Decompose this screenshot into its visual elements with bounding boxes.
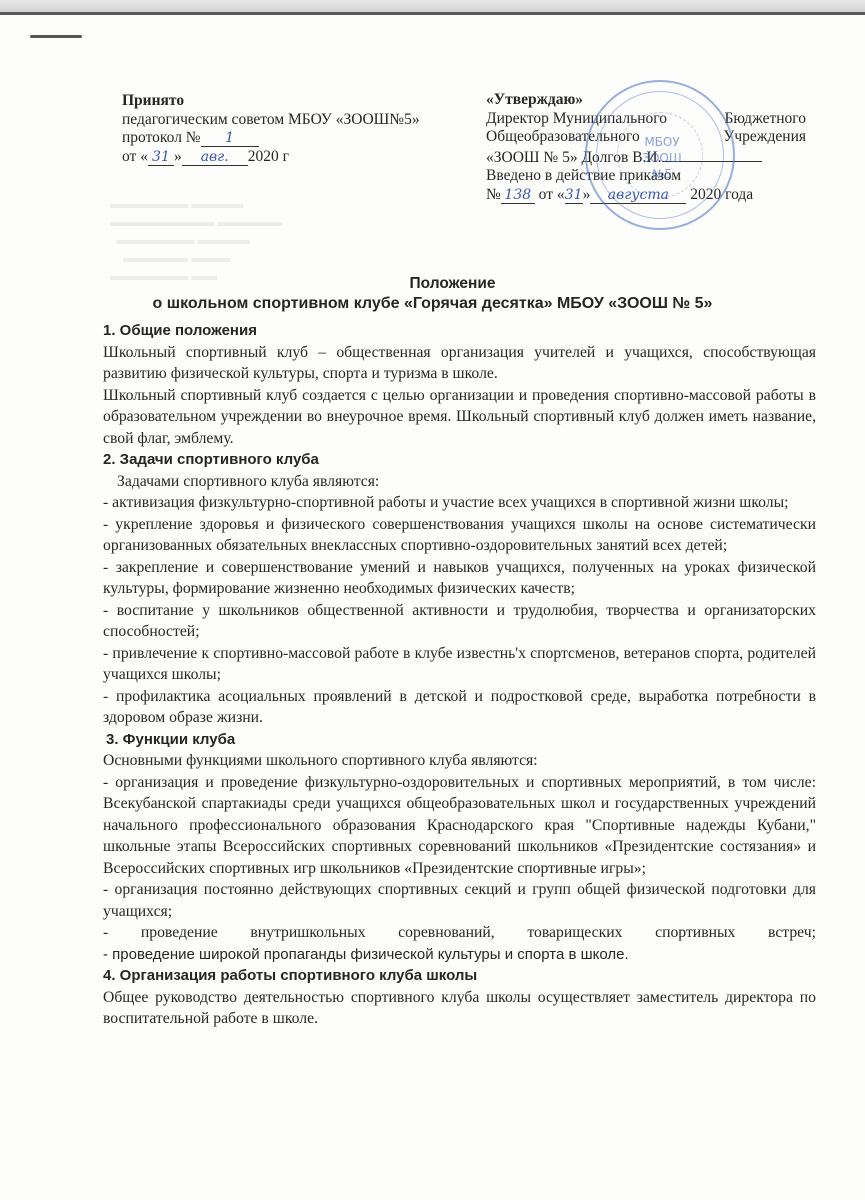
scan-top-edge: [0, 0, 865, 15]
date-day-handwritten: 31: [148, 150, 174, 166]
bleed-through-text: ▬▬▬▬▬▬ ▬▬▬▬▬▬▬▬▬▬▬▬ ▬▬▬▬▬ ▬▬▬▬▬▬ ▬▬▬▬ ▬▬…: [110, 195, 350, 285]
list-item: - закрепление и совершенствование умений…: [103, 557, 816, 600]
approved-block: Принято педагогическим советом МБОУ «ЗОО…: [122, 92, 452, 166]
approved-date: от «31»авг.2020 г: [122, 148, 452, 167]
list-item: - профилактика асоциальных проявлений в …: [103, 686, 816, 729]
section-1-paragraph: Школьный спортивный клуб создается с цел…: [103, 385, 816, 450]
list-item: - проведение внутришкольных соревнований…: [103, 922, 816, 944]
protocol-number-handwritten: 1: [201, 131, 259, 147]
signature-line: [662, 147, 762, 162]
section-1-heading: 1. Общие положения: [103, 320, 816, 342]
document-title: Положение: [20, 275, 865, 293]
order-day-handwritten: 31: [565, 188, 583, 204]
section-2-heading: 2. Задачи спортивного клуба: [103, 449, 816, 471]
approve-director-line: Директор МуниципальногоБюджетного: [486, 110, 806, 129]
approve-block: «Утверждаю» Директор МуниципальногоБюдже…: [486, 91, 806, 204]
approve-order: №138 от «31»августа 2020 года: [486, 186, 806, 205]
section-2-intro: Задачами спортивного клуба являются:: [103, 471, 816, 493]
list-item: - воспитание у школьников общественной а…: [103, 600, 816, 643]
approved-council: педагогическим советом МБОУ «ЗООШ№5»: [122, 111, 452, 130]
section-4-heading: 4. Организация работы спортивного клуба …: [103, 965, 816, 987]
scan-mark: [30, 35, 82, 38]
document-body: 1. Общие положения Школьный спортивный к…: [103, 320, 816, 1030]
list-item: - активизация физкультурно-спортивной ра…: [103, 492, 816, 514]
list-item: - организация постоянно действующих спор…: [103, 879, 816, 922]
list-item: - организация и проведение физкультурно-…: [103, 772, 816, 880]
approve-order-label: Введено в действие приказом: [486, 167, 806, 186]
order-month-handwritten: августа: [590, 188, 686, 204]
section-1-paragraph: Школьный спортивный клуб – общественная …: [103, 342, 816, 385]
approved-title: Принято: [122, 92, 184, 109]
document-subtitle: о школьном спортивном клубе «Горячая дес…: [0, 295, 865, 313]
section-4-paragraph: Общее руководство деятельностью спортивн…: [103, 987, 816, 1030]
approved-protocol: протокол №1: [122, 129, 452, 148]
list-item: - проведение широкой пропаганды физическ…: [103, 944, 816, 966]
list-item: - укрепление здоровья и физического сове…: [103, 514, 816, 557]
list-item: - привлечение к спортивно-массовой работ…: [103, 643, 816, 686]
section-3-intro: Основными функциями школьного спортивног…: [103, 750, 816, 772]
approve-institution-line: ОбщеобразовательногоУчреждения: [486, 128, 806, 147]
approve-title: «Утверждаю»: [486, 91, 583, 108]
section-3-heading: 3. Функции клуба: [103, 729, 816, 751]
order-number-handwritten: 138: [501, 188, 535, 204]
date-month-handwritten: авг.: [182, 150, 248, 166]
approve-signatory: «ЗООШ № 5» Долгов В.И.: [486, 147, 806, 168]
